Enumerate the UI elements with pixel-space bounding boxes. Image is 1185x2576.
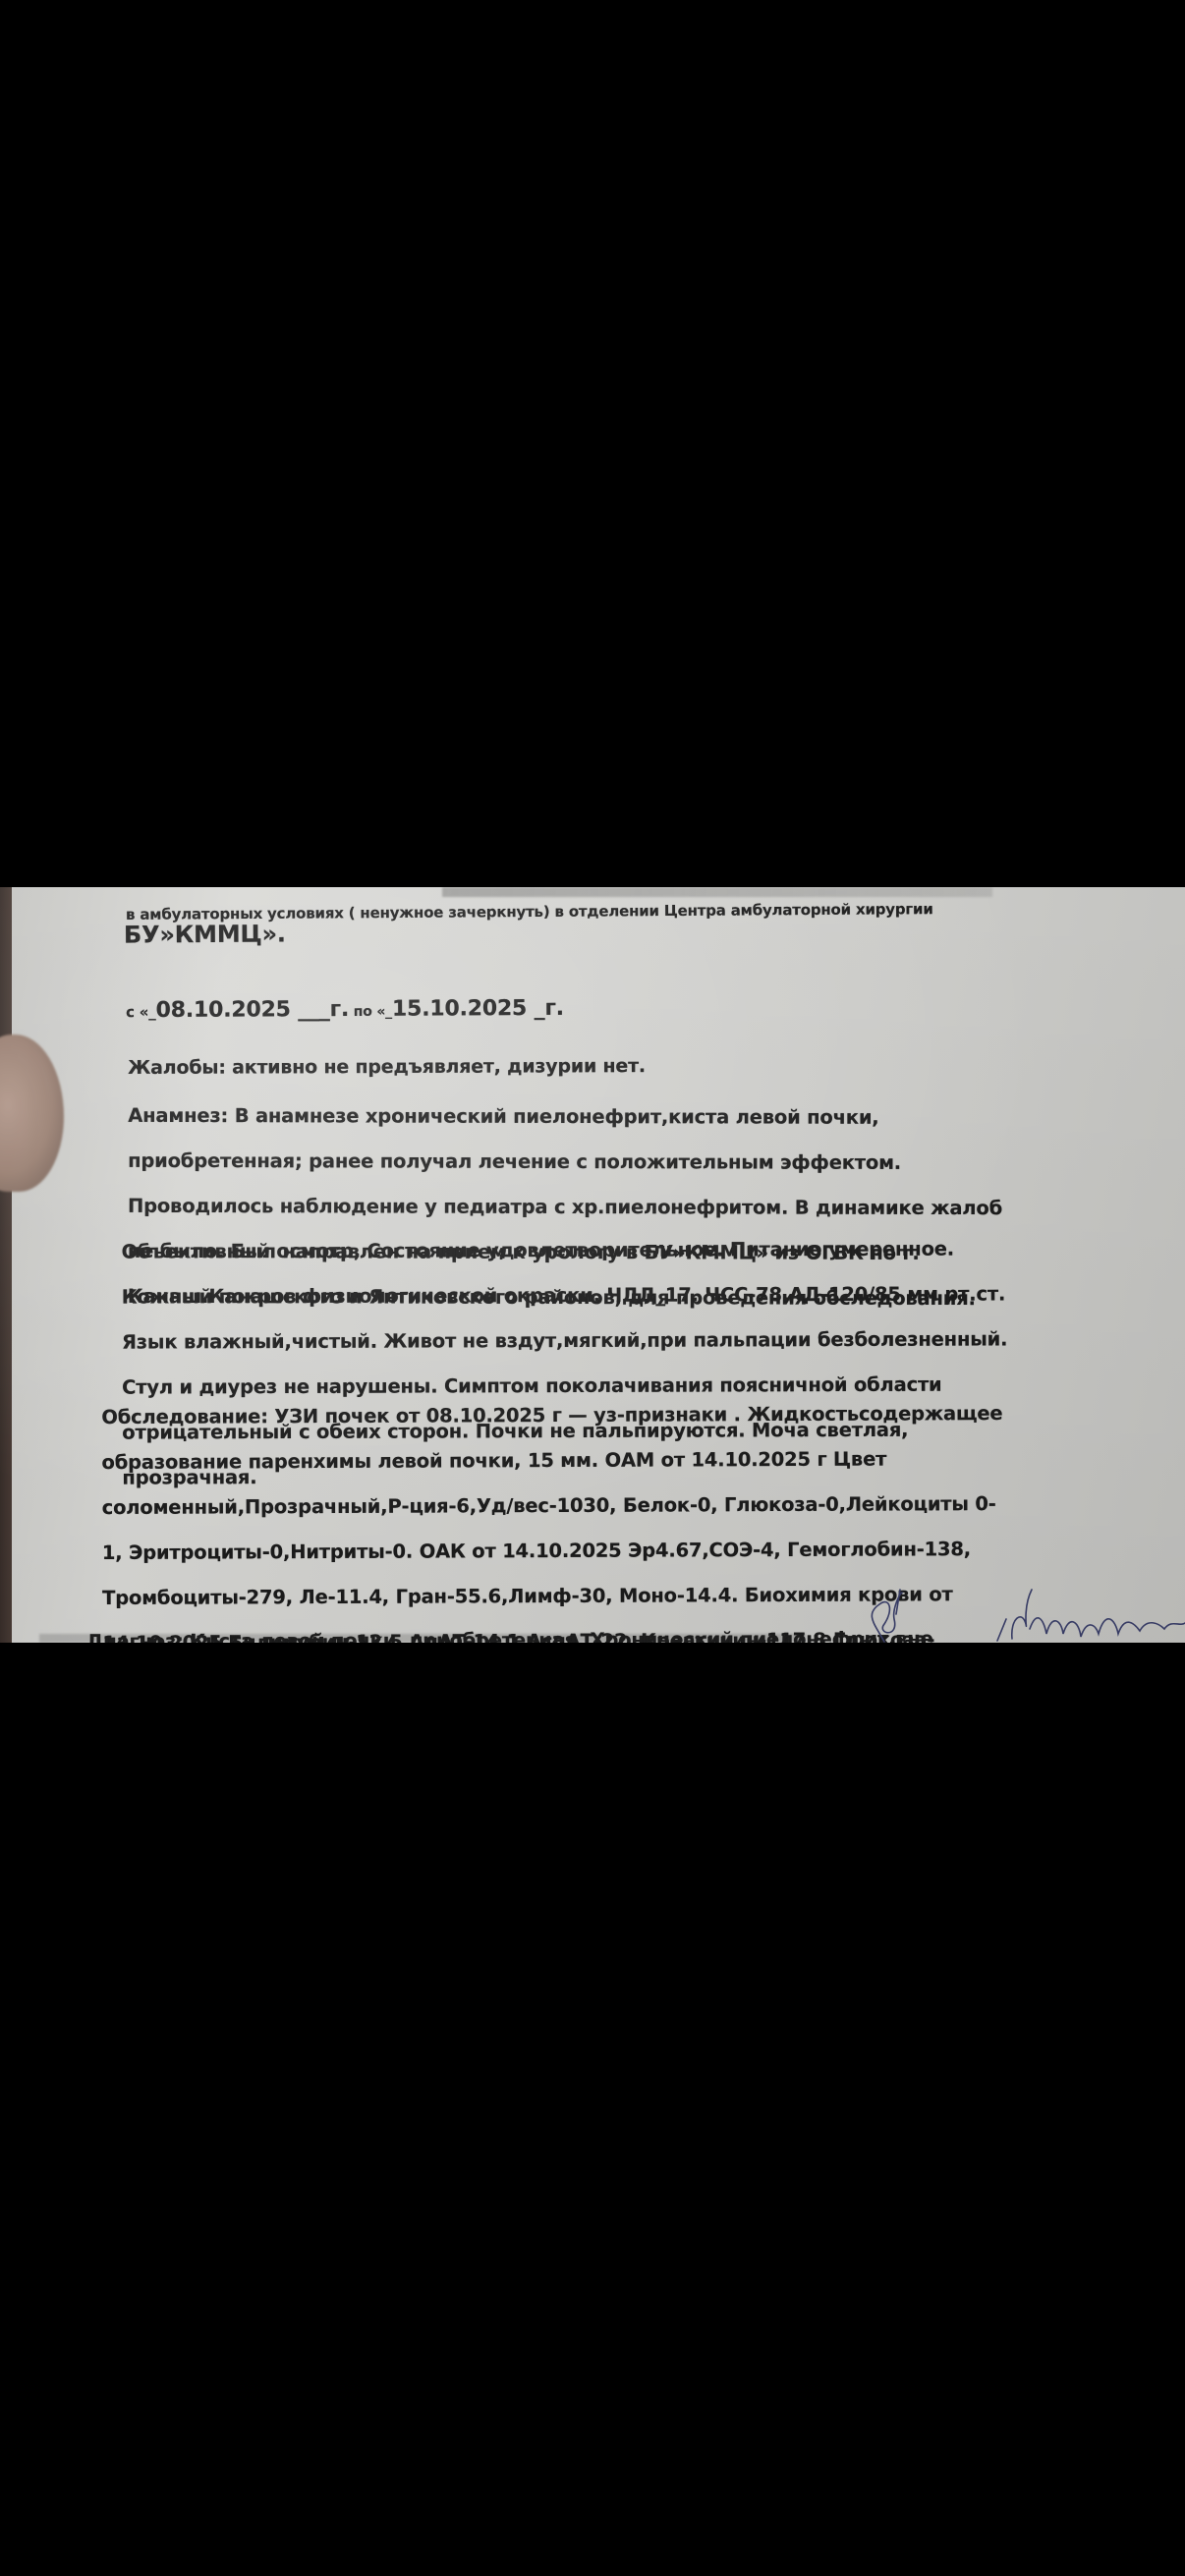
examination-line: Кожный покров физиологической окраски. Ч… [122, 1282, 1007, 1308]
complaints-label: Жалобы: [128, 1057, 226, 1079]
investigations-line: 1, Эритроциты-0,Нитриты-0. ОАК от 14.10.… [102, 1538, 1003, 1564]
period-from-date: 08.10.2025 [156, 997, 291, 1023]
cut-off-footer-text [39, 1634, 806, 1643]
hand-edge [0, 887, 12, 1643]
period-to-date: 15.10.2025 [392, 996, 527, 1022]
institution-name: БУ»КММЦ». [124, 920, 286, 948]
period-from-prefix: с «_ [126, 1003, 156, 1021]
period-line: с «_08.10.2025 ___г. по «_15.10.2025 _г. [126, 974, 564, 1025]
period-from-suffix: ___г. [291, 997, 349, 1022]
examination-line: Язык влажный,чистый. Живот не вздут,мягк… [122, 1327, 1007, 1353]
investigations-line: Обследование: УЗИ почек от 08.10.2025 г … [101, 1402, 1002, 1428]
signature-2 [992, 1580, 1185, 1643]
complaints-paragraph: Жалобы: активно не предъявляет, дизурии … [128, 1031, 646, 1080]
period-to-suffix: _г. [527, 996, 564, 1021]
period-to-prefix: по «_ [349, 1004, 392, 1020]
document-photo: в амбулаторных условиях ( ненужное зачер… [0, 887, 1185, 1643]
anamnesis-line: приобретенная; ранее получал лечение с п… [128, 1149, 1002, 1174]
investigations-line: соломенный,Прозрачный,Р-ция-6,Уд/вес-103… [102, 1492, 1003, 1519]
investigations-line: образование паренхимы левой почки, 15 мм… [101, 1447, 1002, 1474]
complaints-text: активно не предъявляет, дизурии нет. [226, 1055, 646, 1078]
anamnesis-line: Анамнез: В анамнезе хронический пиелонеф… [128, 1104, 1002, 1129]
examination-line: Объективный осмотр, Состояние удовлетвор… [122, 1237, 1007, 1262]
signature-1 [855, 1585, 933, 1643]
cut-off-header-text [442, 887, 992, 897]
finger-thumb [0, 1035, 64, 1192]
